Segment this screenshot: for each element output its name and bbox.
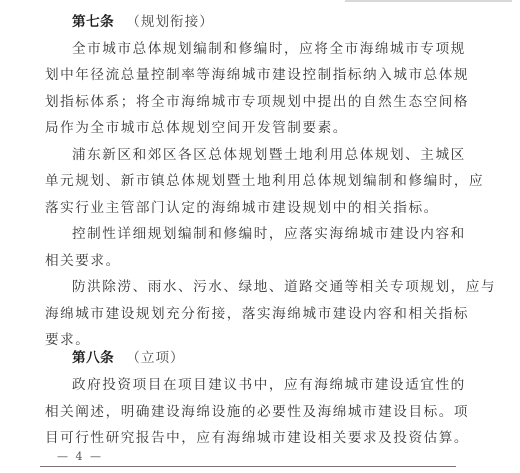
paragraph-line: 划指标体系；将全市海绵城市专项规划中提出的自然生态空间格 xyxy=(45,93,445,111)
article-8-tag: （立项） xyxy=(126,350,184,366)
top-edge-rule xyxy=(345,0,512,2)
paragraph-line: 落实行业主管部门认定的海绵城市建设规划中的相关指标。 xyxy=(45,199,445,217)
paragraph-line: 浦东新区和郊区各区总体规划暨土地利用总体规划、主城区 xyxy=(72,146,445,164)
footer-rule xyxy=(40,466,456,467)
paragraph-line: 要求。 xyxy=(45,331,445,349)
article-7-heading: 第七条（规划衔接） xyxy=(72,13,445,31)
article-8-heading: 第八条（立项） xyxy=(72,349,445,367)
paragraph-line: 全市城市总体规划编制和修编时，应将全市海绵城市专项规 xyxy=(72,40,445,58)
article-7-tag: （规划衔接） xyxy=(126,14,214,30)
paragraph-line: 政府投资项目在项目建议书中，应有海绵城市建设适宜性的 xyxy=(72,376,445,394)
article-8-title: 第八条 xyxy=(72,350,114,366)
page-number: — 4 — xyxy=(57,450,103,463)
paragraph-line: 防洪除涝、雨水、污水、绿地、道路交通等相关专项规划，应与 xyxy=(72,278,445,296)
paragraph-line: 海绵城市建设规划充分衔接，落实海绵城市建设内容和相关指标 xyxy=(45,305,445,323)
article-7-title: 第七条 xyxy=(72,14,114,30)
paragraph-line: 相关阐述，明确建设海绵设施的必要性及海绵城市建设目标。项 xyxy=(45,403,445,421)
paragraph-line: 相关要求。 xyxy=(45,252,445,270)
paragraph-line: 目可行性研究报告中，应有海绵城市建设相关要求及投资估算。 xyxy=(45,429,445,447)
paragraph-line: 控制性详细规划编制和修编时，应落实海绵城市建设内容和 xyxy=(72,225,445,243)
paragraph-line: 单元规划、新市镇总体规划暨土地利用总体规划编制和修编时，应 xyxy=(45,172,445,190)
paragraph-line: 划中年径流总量控制率等海绵城市建设控制指标纳入城市总体规 xyxy=(45,66,445,84)
paragraph-line: 局作为全市城市总体规划空间开发管制要素。 xyxy=(45,119,445,137)
